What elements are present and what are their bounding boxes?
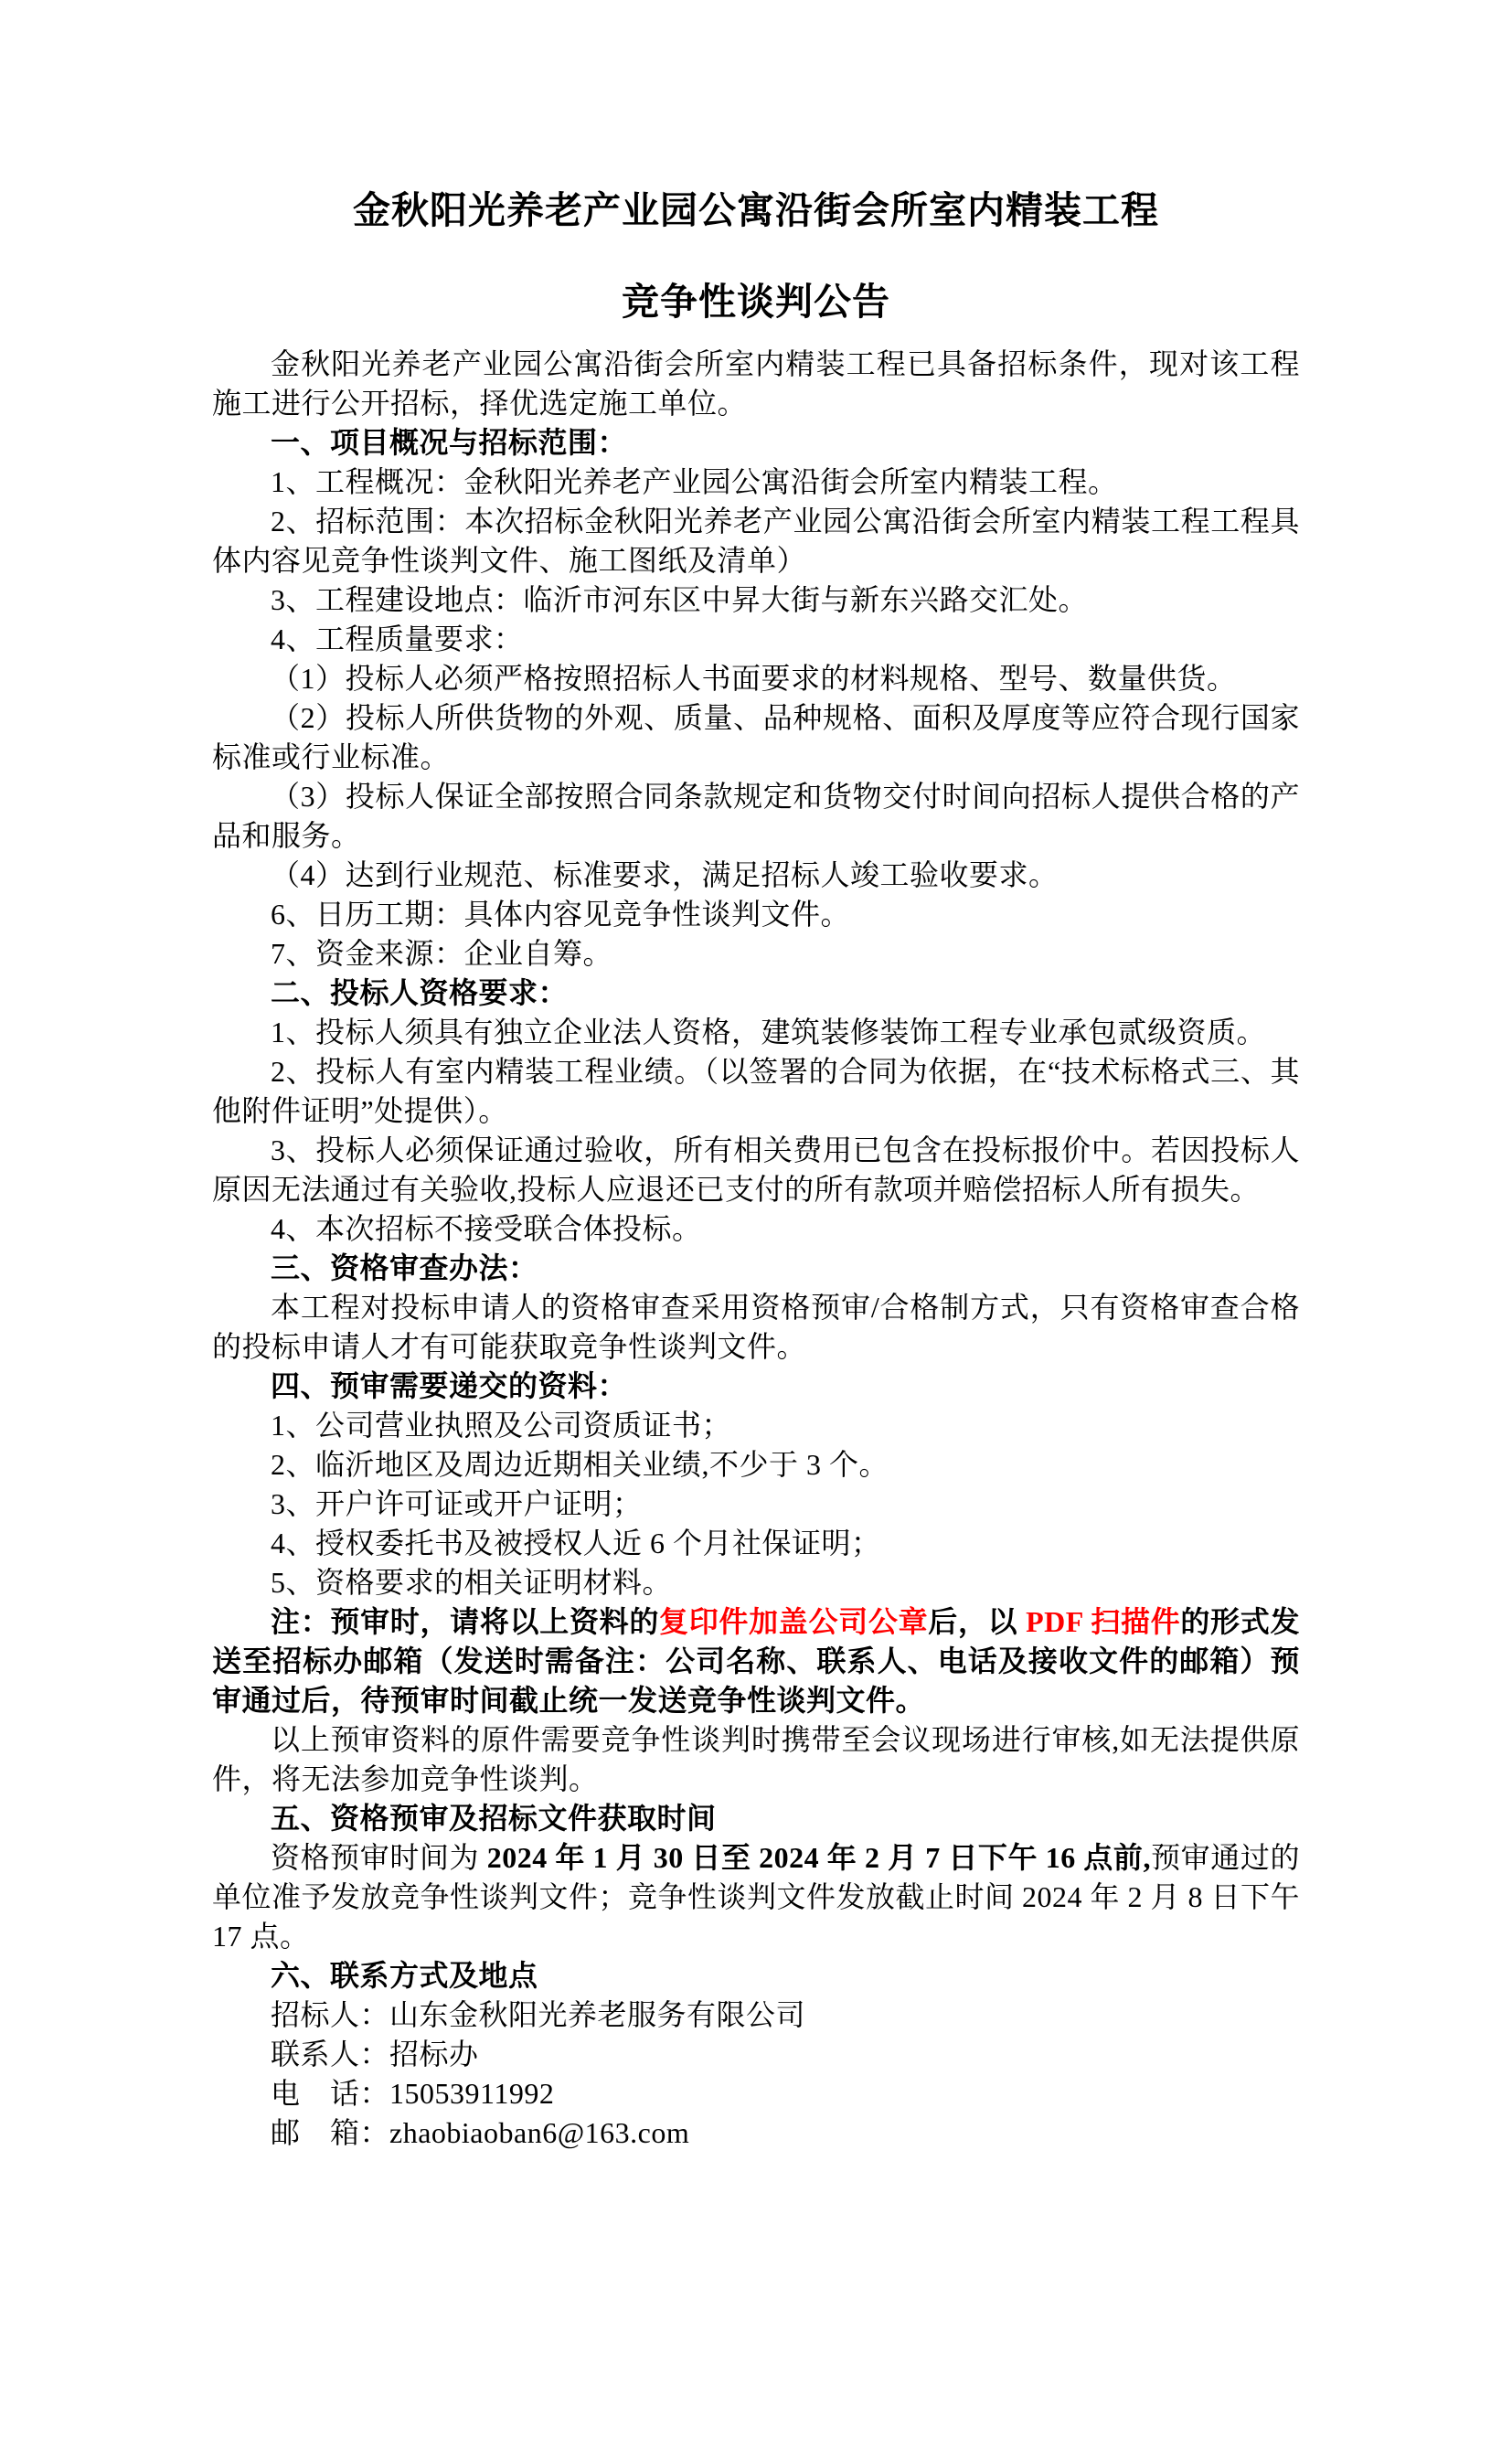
paragraph: 3、工程建设地点：临沂市河东区中昇大街与新东兴路交汇处。	[212, 580, 1300, 620]
text-segment: 7、资金来源：企业自筹。	[271, 937, 612, 970]
contact-line: 电 话：15053911992	[212, 2074, 1300, 2113]
text-segment: 四、预审需要递交的资料：	[271, 1369, 627, 1402]
document-page: 金秋阳光养老产业园公寓沿街会所室内精装工程 竞争性谈判公告 金秋阳光养老产业园公…	[0, 0, 1512, 2448]
section-heading: 六、联系方式及地点	[212, 1956, 1300, 1996]
text-segment: 五、资格预审及招标文件获取时间	[271, 1802, 717, 1835]
paragraph: 4、本次招标不接受联合体投标。	[212, 1209, 1300, 1249]
text-segment: 1、投标人须具有独立企业法人资格，建筑装修装饰工程专业承包贰级资质。	[271, 1016, 1266, 1048]
text-segment: 六、联系方式及地点	[271, 1959, 538, 1992]
paragraph: 2、临沂地区及周边近期相关业绩,不少于 3 个。	[212, 1445, 1300, 1485]
text-segment: 1、公司营业执照及公司资质证书；	[271, 1409, 731, 1442]
announcement-subtitle: 竞争性谈判公告	[212, 274, 1300, 329]
paragraph: 3、开户许可证或开户证明；	[212, 1485, 1300, 1524]
text-segment: 电 话：15053911992	[271, 2077, 554, 2110]
highlighted-text: 复印件加盖公司公章	[659, 1605, 928, 1638]
paragraph: 1、工程概况：金秋阳光养老产业园公寓沿街会所室内精装工程。	[212, 463, 1300, 502]
text-segment: 3、投标人必须保证通过验收，所有相关费用已包含在投标报价中。若因投标人原因无法通…	[212, 1134, 1300, 1206]
text-segment: 2、招标范围：本次招标金秋阳光养老产业园公寓沿街会所室内精装工程工程具体内容见竞…	[212, 505, 1300, 577]
text-segment: 二、投标人资格要求：	[271, 976, 568, 1009]
text-segment: （2）投标人所供货物的外观、质量、品种规格、面积及厚度等应符合现行国家标准或行业…	[212, 701, 1300, 773]
text-segment: 4、授权委托书及被授权人近 6 个月社保证明；	[271, 1527, 881, 1559]
text-segment: 资格预审时间为	[271, 1841, 487, 1874]
paragraph: （4）达到行业规范、标准要求，满足招标人竣工验收要求。	[212, 856, 1300, 895]
paragraph: 5、资格要求的相关证明材料。	[212, 1563, 1300, 1602]
paragraph: 2、投标人有室内精装工程业绩。（以签署的合同为依据，在“技术标格式三、其他附件证…	[212, 1052, 1300, 1131]
paragraph: 本工程对投标申请人的资格审查采用资格预审/合格制方式，只有资格审查合格的投标申请…	[212, 1288, 1300, 1367]
section-heading: 三、资格审查办法：	[212, 1249, 1300, 1288]
section-heading: 一、项目概况与招标范围：	[212, 423, 1300, 463]
text-segment: 注：预审时，请将以上资料的	[271, 1605, 659, 1638]
text-segment: 以上预审资料的原件需要竞争性谈判时携带至会议现场进行审核,如无法提供原件，将无法…	[212, 1723, 1300, 1795]
highlighted-text: PDF 扫描件	[1026, 1605, 1180, 1638]
text-segment: 6、日历工期：具体内容见竞争性谈判文件。	[271, 898, 850, 931]
text-segment: 1、工程概况：金秋阳光养老产业园公寓沿街会所室内精装工程。	[271, 465, 1118, 498]
paragraph: 1、投标人须具有独立企业法人资格，建筑装修装饰工程专业承包贰级资质。	[212, 1013, 1300, 1052]
text-segment: 2、临沂地区及周边近期相关业绩,不少于 3 个。	[271, 1448, 889, 1481]
section-heading: 五、资格预审及招标文件获取时间	[212, 1799, 1300, 1838]
contact-line: 邮 箱：zhaobiaoban6@163.com	[212, 2113, 1300, 2153]
text-segment: 5、资格要求的相关证明材料。	[271, 1566, 672, 1599]
paragraph: 4、授权委托书及被授权人近 6 个月社保证明；	[212, 1524, 1300, 1563]
paragraph: 3、投标人必须保证通过验收，所有相关费用已包含在投标报价中。若因投标人原因无法通…	[212, 1131, 1300, 1209]
text-segment: 2、投标人有室内精装工程业绩。（以签署的合同为依据，在“技术标格式三、其他附件证…	[212, 1055, 1300, 1127]
paragraph: 7、资金来源：企业自筹。	[212, 934, 1300, 974]
contact-line: 招标人：山东金秋阳光养老服务有限公司	[212, 1996, 1300, 2035]
section-heading: 二、投标人资格要求：	[212, 974, 1300, 1013]
text-segment: 后，以	[928, 1605, 1026, 1638]
text-segment: 三、资格审查办法：	[271, 1251, 538, 1284]
text-segment: 邮 箱：zhaobiaoban6@163.com	[271, 2116, 689, 2149]
text-segment: 招标人：山东金秋阳光养老服务有限公司	[271, 1998, 805, 2031]
paragraph: （2）投标人所供货物的外观、质量、品种规格、面积及厚度等应符合现行国家标准或行业…	[212, 698, 1300, 777]
text-segment: （3）投标人保证全部按照合同条款规定和货物交付时间向招标人提供合格的产品和服务。	[212, 780, 1300, 852]
contact-line: 联系人：招标办	[212, 2035, 1300, 2074]
text-segment: 金秋阳光养老产业园公寓沿街会所室内精装工程已具备招标条件，现对该工程施工进行公开…	[212, 347, 1300, 420]
paragraph: （3）投标人保证全部按照合同条款规定和货物交付时间向招标人提供合格的产品和服务。	[212, 777, 1300, 856]
text-segment: 3、开户许可证或开户证明；	[271, 1487, 643, 1520]
paragraph: 资格预审时间为 2024 年 1 月 30 日至 2024 年 2 月 7 日下…	[212, 1838, 1300, 1956]
section-heading: 四、预审需要递交的资料：	[212, 1367, 1300, 1406]
paragraph: 注：预审时，请将以上资料的复印件加盖公司公章后，以 PDF 扫描件的形式发送至招…	[212, 1602, 1300, 1720]
paragraph: 2、招标范围：本次招标金秋阳光养老产业园公寓沿街会所室内精装工程工程具体内容见竞…	[212, 502, 1300, 580]
text-segment: 一、项目概况与招标范围：	[271, 426, 627, 459]
text-segment: （4）达到行业规范、标准要求，满足招标人竣工验收要求。	[271, 858, 1059, 891]
text-segment: 4、工程质量要求：	[271, 623, 524, 655]
text-segment: 本工程对投标申请人的资格审查采用资格预审/合格制方式，只有资格审查合格的投标申请…	[212, 1291, 1300, 1363]
text-segment: 4、本次招标不接受联合体投标。	[271, 1212, 702, 1245]
paragraph: 1、公司营业执照及公司资质证书；	[212, 1406, 1300, 1445]
document-title: 金秋阳光养老产业园公寓沿街会所室内精装工程	[212, 183, 1300, 238]
document-body: 金秋阳光养老产业园公寓沿街会所室内精装工程已具备招标条件，现对该工程施工进行公开…	[212, 345, 1300, 2153]
paragraph: 金秋阳光养老产业园公寓沿街会所室内精装工程已具备招标条件，现对该工程施工进行公开…	[212, 345, 1300, 423]
paragraph: （1）投标人必须严格按照招标人书面要求的材料规格、型号、数量供货。	[212, 659, 1300, 698]
paragraph: 6、日历工期：具体内容见竞争性谈判文件。	[212, 895, 1300, 934]
text-segment: 联系人：招标办	[271, 2038, 479, 2070]
text-segment: （1）投标人必须严格按照招标人书面要求的材料规格、型号、数量供货。	[271, 662, 1237, 695]
paragraph: 以上预审资料的原件需要竞争性谈判时携带至会议现场进行审核,如无法提供原件，将无法…	[212, 1720, 1300, 1799]
text-segment: 3、工程建设地点：临沂市河东区中昇大街与新东兴路交汇处。	[271, 583, 1088, 616]
paragraph: 4、工程质量要求：	[212, 620, 1300, 659]
text-segment: 2024 年 1 月 30 日至 2024 年 2 月 7 日下午 16 点前,	[487, 1841, 1151, 1874]
